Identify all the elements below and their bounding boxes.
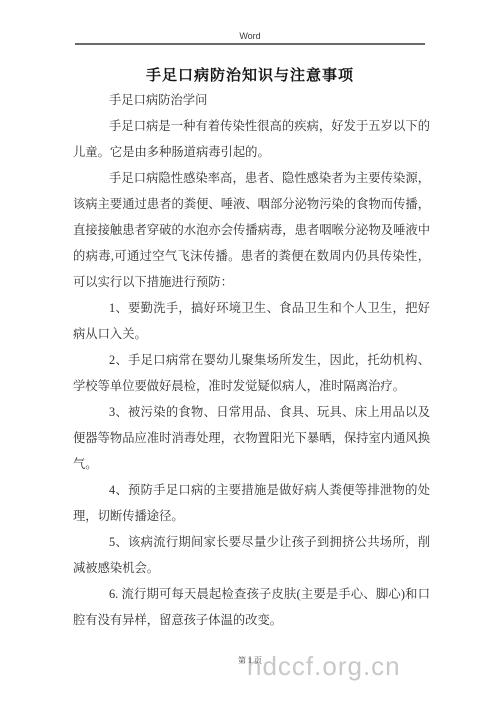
document-body: 手足口病防治学问手足口病是一种有着传染性很高的疾病，好发于五岁以下的儿童。它是由… <box>73 87 430 633</box>
paragraph: 4、预防手足口病的主要措施是做好病人粪便等排泄物的处理，切断传播途径。 <box>73 477 430 529</box>
page-number: 第 1 页 <box>0 655 500 666</box>
document-title: 手足口病防治知识与注意事项 <box>0 64 500 85</box>
paragraph: 手足口病隐性感染率高，患者、隐性感染者为主要传染源，该病主要通过患者的粪便、唾液… <box>73 165 430 295</box>
document-page: Word 手足口病防治知识与注意事项 手足口病防治学问手足口病是一种有着传染性很… <box>0 0 500 707</box>
paragraph: 手足口病防治学问 <box>73 87 430 113</box>
paragraph: 3、被污染的食物、日常用品、食具、玩具、床上用品以及便器等物品应准时消毒处理，衣… <box>73 399 430 477</box>
paragraph: 2、手足口病常在婴幼儿聚集场所发生，因此，托幼机构、学校等单位要做好晨检，准时发… <box>73 347 430 399</box>
paragraph: 手足口病是一种有着传染性很高的疾病，好发于五岁以下的儿童。它是由多种肠道病毒引起… <box>73 113 430 165</box>
app-header: Word <box>0 31 500 41</box>
paragraph: 6. 流行期可每天晨起检查孩子皮肤(主要是手心、脚心)和口腔有没有异样，留意孩子… <box>73 581 430 633</box>
header-divider <box>75 43 425 45</box>
paragraph: 1、要勤洗手，搞好环境卫生、食品卫生和个人卫生，把好病从口入关。 <box>73 295 430 347</box>
app-header-label: Word <box>239 31 260 41</box>
paragraph: 5、该病流行期间家长要尽量少让孩子到拥挤公共场所，削减被感染机会。 <box>73 529 430 581</box>
